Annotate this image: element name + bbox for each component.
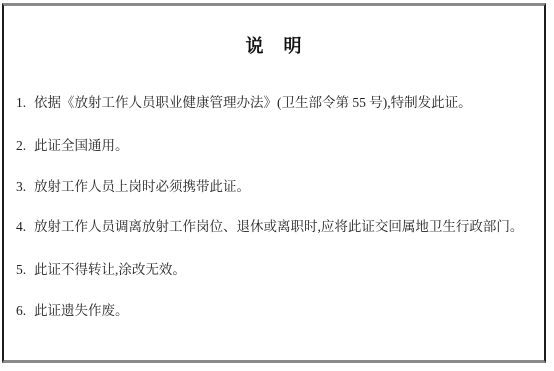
note-item-number: 5. (16, 261, 34, 279)
note-item-number: 6. (16, 302, 34, 320)
note-item-text: 此证遗失作废。 (34, 302, 532, 320)
note-item: 2. 此证全国通用。 (16, 137, 532, 155)
note-item: 3. 放射工作人员上岗时必须携带此证。 (16, 178, 532, 196)
note-item-text: 此证全国通用。 (34, 137, 532, 155)
note-item: 1. 依据《放射工作人员职业健康管理办法》(卫生部令第 55 号),特制发此证。 (16, 94, 532, 112)
note-item-text: 放射工作人员上岗时必须携带此证。 (34, 178, 532, 196)
note-item-number: 2. (16, 137, 34, 155)
note-item: 4. 放射工作人员调离放射工作岗位、退休或离职时,应将此证交回属地卫生行政部门。 (16, 218, 532, 236)
note-item-text: 放射工作人员调离放射工作岗位、退休或离职时,应将此证交回属地卫生行政部门。 (34, 218, 532, 236)
border-frame: 说 明 1. 依据《放射工作人员职业健康管理办法》(卫生部令第 55 号),特制… (2, 3, 546, 363)
note-item: 5. 此证不得转让,涂改无效。 (16, 261, 532, 279)
note-item-number: 1. (16, 94, 34, 112)
page-title: 说 明 (16, 36, 532, 56)
note-item-text: 此证不得转让,涂改无效。 (34, 261, 532, 279)
note-item-number: 3. (16, 178, 34, 196)
note-item-number: 4. (16, 218, 34, 236)
note-item-text: 依据《放射工作人员职业健康管理办法》(卫生部令第 55 号),特制发此证。 (34, 94, 532, 112)
document-page: 说 明 1. 依据《放射工作人员职业健康管理办法》(卫生部令第 55 号),特制… (0, 0, 554, 371)
note-item: 6. 此证遗失作废。 (16, 302, 532, 320)
